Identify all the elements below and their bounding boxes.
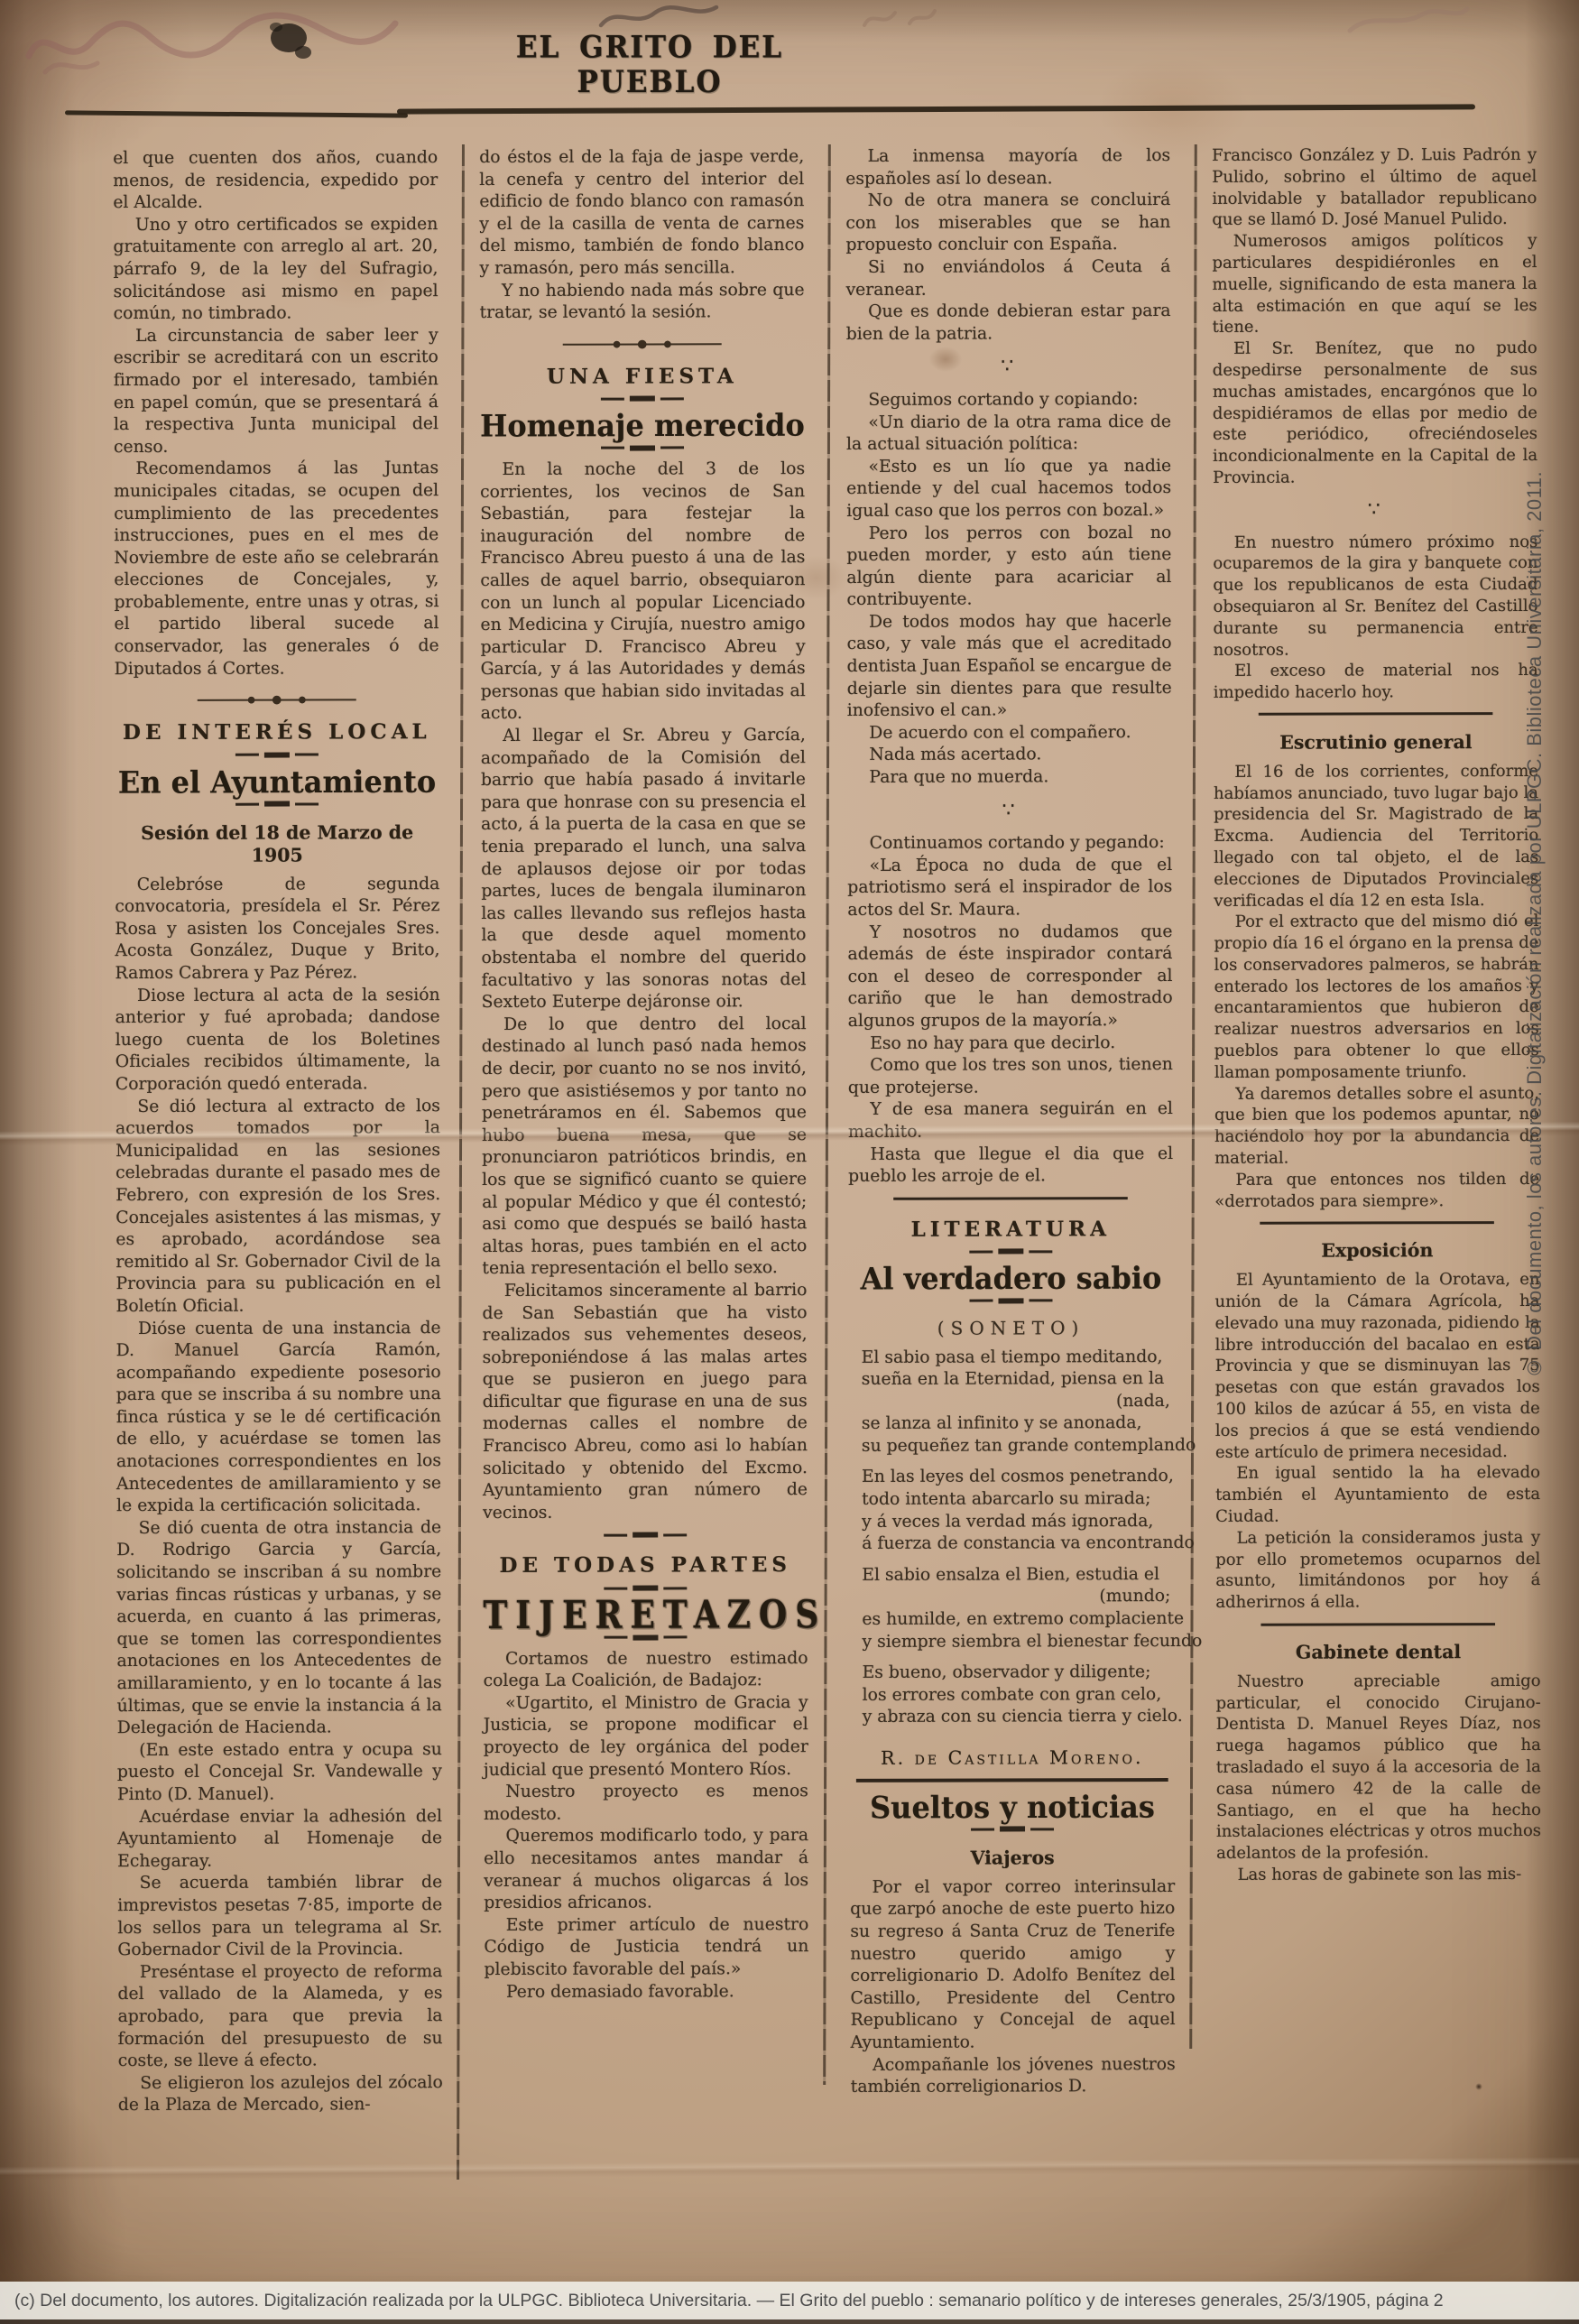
heading-literatura: LITERATURA bbox=[848, 1218, 1173, 1242]
article-paragraph bbox=[856, 1776, 1168, 1784]
article-paragraph: Celebróse de segunda convocatoria, presí… bbox=[115, 874, 439, 986]
heading-una-fiesta: UNA FIESTA bbox=[480, 366, 805, 389]
verse-line: En las leyes del cosmos penetrando, bbox=[862, 1466, 1174, 1488]
asterism-divider: ∵ bbox=[847, 800, 1172, 823]
article-paragraph: Continuamos cortando y pegando: bbox=[847, 832, 1172, 856]
verse-line: y siempre siembra el bienestar fecundo bbox=[862, 1631, 1174, 1653]
handwritten-mark-top-right bbox=[857, 2, 938, 34]
verse-line: y abraza con su ciencia tierra y cielo. bbox=[863, 1706, 1175, 1728]
fold-crease-lower bbox=[0, 2157, 1579, 2181]
article-paragraph: Preséntase el proyecto de reforma del va… bbox=[117, 1961, 442, 2073]
article-paragraph: Pero los perros con bozal no pueden mord… bbox=[846, 522, 1171, 611]
article-paragraph: Para que entonces nos tilden de «derrota… bbox=[1214, 1169, 1539, 1213]
article-paragraph: «La Época no duda de que el patriotismo … bbox=[847, 855, 1172, 922]
soneto-stanza-4: Es bueno, observador y diligente;los err… bbox=[863, 1662, 1175, 1729]
article-paragraph bbox=[601, 395, 684, 403]
article-paragraph: Por el extracto que del mismo dió el pro… bbox=[1214, 911, 1538, 1083]
heading-en-el-ayuntamiento: En el Ayuntamiento bbox=[115, 770, 439, 794]
article-paragraph: Que es donde debieran estar para bien de… bbox=[846, 301, 1171, 346]
heading-viajeros: Viajeros bbox=[850, 1847, 1175, 1870]
verse-line: los errores combate con gran celo, bbox=[863, 1684, 1175, 1707]
article-paragraph: «Ugartito, el Ministro de Gracia y Justi… bbox=[484, 1692, 808, 1782]
verse-line: (mundo; bbox=[862, 1586, 1170, 1608]
soneto-stanza-2: En las leyes del cosmos penetrando,todo … bbox=[862, 1466, 1174, 1555]
heading-escrutinio-general: Escrutinio general bbox=[1214, 732, 1538, 755]
verse-line: todo intenta abarcarlo su mirada; bbox=[862, 1488, 1174, 1511]
article-paragraph: el que cuenten dos años, cuando menos, d… bbox=[113, 147, 438, 215]
article-paragraph: Acuérdase enviar la adhesión del Ayuntam… bbox=[117, 1806, 442, 1874]
digitization-watermark: © Del documento, los autores. Digitaliza… bbox=[1523, 386, 1550, 1379]
article-paragraph: Como que los tres son unos, tienen que p… bbox=[848, 1054, 1173, 1099]
article-paragraph bbox=[604, 1584, 687, 1591]
article-paragraph: Eso no hay para que decirlo. bbox=[848, 1032, 1173, 1056]
article-paragraph: Se dió cuenta de otra instancia de D. Ro… bbox=[116, 1517, 442, 1740]
heading-al-verdadero-sabio: Al verdadero sabio bbox=[848, 1267, 1173, 1292]
verse-line: sueña en la Eternidad, piensa en la bbox=[862, 1368, 1174, 1391]
article-paragraph: De lo que dentro del local destinado al … bbox=[482, 1014, 808, 1281]
handwritten-mark-top-far-right bbox=[1344, 4, 1471, 40]
heading-de-todas-partes: DE TODAS PARTES bbox=[483, 1554, 808, 1578]
signature-castilla-moreno: R. de Castilla Moreno. bbox=[850, 1746, 1175, 1770]
verse-line: á fuerza de constancia va encontrando bbox=[862, 1532, 1174, 1555]
article-paragraph bbox=[1261, 1620, 1495, 1628]
article-paragraph bbox=[604, 1532, 687, 1539]
article-paragraph: Este primer artículo de nuestro Código d… bbox=[484, 1914, 808, 1982]
article-paragraph bbox=[235, 751, 319, 758]
article-paragraph: El exceso de material nos ha impedido ha… bbox=[1214, 660, 1538, 704]
heading-gabinete-dental: Gabinete dental bbox=[1215, 1642, 1540, 1664]
heading-exposicion: Exposición bbox=[1214, 1240, 1539, 1263]
heading-sesion: Sesión del 18 de Marzo de 1905 bbox=[115, 822, 439, 867]
article-paragraph: Recomendamos á las Juntas municipales ci… bbox=[114, 458, 439, 681]
article-paragraph: Para que no muerda. bbox=[847, 766, 1172, 790]
article-paragraph: En nuestro número próximo nos ocuparemos… bbox=[1213, 531, 1537, 661]
article-paragraph: No de otra manera se concluirá con los m… bbox=[845, 190, 1170, 257]
verse-line: y á veces la verdad más ignorada, bbox=[862, 1511, 1174, 1533]
verse-line: su pequeñez tan grande contemplando bbox=[862, 1435, 1174, 1458]
article-paragraph bbox=[1259, 710, 1492, 718]
asterism-divider: ∵ bbox=[1213, 499, 1537, 522]
article-paragraph: Nuestro proyecto es menos modesto. bbox=[484, 1781, 808, 1826]
heading-de-interes-local: DE INTERÉS LOCAL bbox=[115, 721, 439, 745]
asterism-divider: ∵ bbox=[846, 356, 1171, 379]
article-paragraph: Queremos modificarlo todo, y para ello n… bbox=[484, 1825, 808, 1914]
article-paragraph: Seguimos cortando y copiando: bbox=[846, 389, 1171, 412]
article-paragraph: Acompañanle los jóvenes nuestros también… bbox=[851, 2054, 1176, 2099]
article-paragraph: Y no habiendo nada más sobre que tratar,… bbox=[480, 280, 805, 325]
article-paragraph: «Esto es un lío que ya nadie entiende y … bbox=[846, 456, 1171, 523]
article-paragraph: Cortamos de nuestro estimado colega La C… bbox=[484, 1648, 808, 1693]
masthead-title: EL GRITO DEL PUEBLO bbox=[501, 30, 799, 100]
article-paragraph: Francisco González y D. Luis Padrón y Pu… bbox=[1212, 144, 1537, 231]
heading-homenaje-merecido: Homenaje merecido bbox=[480, 414, 805, 439]
article-paragraph: Dióse cuenta de una instancia de D. Manu… bbox=[116, 1318, 442, 1518]
article-paragraph: Numerosos amigos políticos y particulare… bbox=[1212, 230, 1537, 338]
verse-line: El sabio pasa el tiempo meditando, bbox=[862, 1346, 1174, 1368]
article-paragraph: Nuestro apreciable amigo particular, el … bbox=[1216, 1671, 1542, 1865]
article-paragraph: Felicitamos sinceramente al barrio de Sa… bbox=[482, 1280, 808, 1524]
scan-bottom-edge bbox=[0, 2319, 1579, 2324]
article-paragraph: Por el vapor correo interinsular que zar… bbox=[850, 1876, 1176, 2055]
article-paragraph: Pero demasiado favorable. bbox=[484, 1981, 808, 2005]
article-paragraph: La petición la consideramos justa y por … bbox=[1215, 1527, 1540, 1614]
ornament-divider bbox=[563, 338, 722, 349]
article-paragraph: Se acuerda también librar de imprevistos… bbox=[117, 1872, 442, 1961]
article-paragraph: Uno y otro certificados se expiden gratu… bbox=[113, 214, 438, 326]
article-paragraph: Al llegar el Sr. Abreu y García, acompañ… bbox=[481, 725, 807, 1014]
article-paragraph: Las horas de gabinete son las mis- bbox=[1216, 1864, 1541, 1886]
soneto-stanza-1: El sabio pasa el tiempo meditando,sueña … bbox=[862, 1346, 1174, 1458]
article-paragraph bbox=[601, 444, 684, 451]
heading-soneto: (SONETO) bbox=[849, 1317, 1174, 1340]
article-paragraph: La inmensa mayoría de los españoles así … bbox=[845, 145, 1170, 190]
masthead-rule-left bbox=[65, 110, 408, 117]
handwritten-ink-scrawl bbox=[18, 0, 415, 90]
article-paragraph: Si no enviándolos á Ceuta á veranear. bbox=[845, 256, 1170, 301]
article-paragraph: En la noche del 3 de los corrientes, los… bbox=[480, 458, 806, 726]
masthead-rule-right bbox=[397, 104, 1475, 114]
article-paragraph: El Ayuntamiento de la Orotava, en unión … bbox=[1214, 1269, 1540, 1463]
article-paragraph: De acuerdo con el compañero. bbox=[847, 722, 1172, 745]
article-paragraph: Hasta que llegue el dia que el pueblo le… bbox=[848, 1143, 1173, 1189]
ink-blot-icon bbox=[270, 23, 311, 59]
article-paragraph: Diose lectura al acta de la sesión anter… bbox=[115, 985, 440, 1097]
verse-line: Es bueno, observador y diligente; bbox=[863, 1662, 1175, 1684]
digitization-caption: (c) Del documento, los autores. Digitali… bbox=[14, 2291, 1444, 2311]
article-paragraph bbox=[1260, 1219, 1494, 1227]
article-paragraph: Nada más acertado. bbox=[847, 744, 1172, 767]
article-paragraph: La circunstancia de saber leer y escribi… bbox=[114, 325, 439, 459]
article-paragraph: do éstos el de la faja de jaspe verde, l… bbox=[479, 146, 804, 281]
article-paragraph: En igual sentido la ha elevado también e… bbox=[1215, 1462, 1540, 1527]
article-paragraph bbox=[969, 1248, 1052, 1255]
verse-line: (nada, bbox=[862, 1391, 1170, 1413]
article-paragraph: El Sr. Benítez, que no pudo despedirse p… bbox=[1213, 338, 1537, 489]
heading-sueltos-y-noticias: Sueltos y noticias bbox=[850, 1795, 1175, 1819]
newspaper-page: EL GRITO DEL PUEBLO el que cuenten dos a… bbox=[0, 0, 1579, 2324]
heading-tijeretazos: TIJERETAZOS bbox=[483, 1602, 808, 1629]
article-paragraph bbox=[894, 1195, 1128, 1203]
article-paragraph bbox=[971, 1826, 1054, 1833]
article-paragraph: El 16 de los corrientes, conforme habíam… bbox=[1214, 761, 1538, 912]
verse-line: El sabio ensalza el Bien, estudia el bbox=[862, 1564, 1174, 1587]
article-paragraph bbox=[235, 801, 319, 808]
article-paragraph: De todos modos hay que hacerle caso, y v… bbox=[846, 611, 1171, 723]
article-paragraph: Y nosotros no dudamos que además de éste… bbox=[847, 921, 1172, 1033]
soneto-stanza-3: El sabio ensalza el Bien, estudia el(mun… bbox=[862, 1564, 1174, 1653]
verse-line: es humilde, en extremo complaciente bbox=[862, 1608, 1174, 1631]
digitization-caption-bar: (c) Del documento, los autores. Digitali… bbox=[0, 2282, 1579, 2319]
ornament-divider bbox=[198, 695, 356, 706]
article-paragraph bbox=[969, 1297, 1052, 1304]
verse-line: se lanza al infinito y se anonada, bbox=[862, 1412, 1174, 1435]
article-paragraph: (En este estado entra y ocupa su puesto … bbox=[117, 1739, 442, 1807]
article-paragraph: «Un diario de la otra rama dice de la ac… bbox=[846, 412, 1171, 457]
article-paragraph: Se eligieron los azulejos del zócalo de … bbox=[118, 2072, 443, 2117]
